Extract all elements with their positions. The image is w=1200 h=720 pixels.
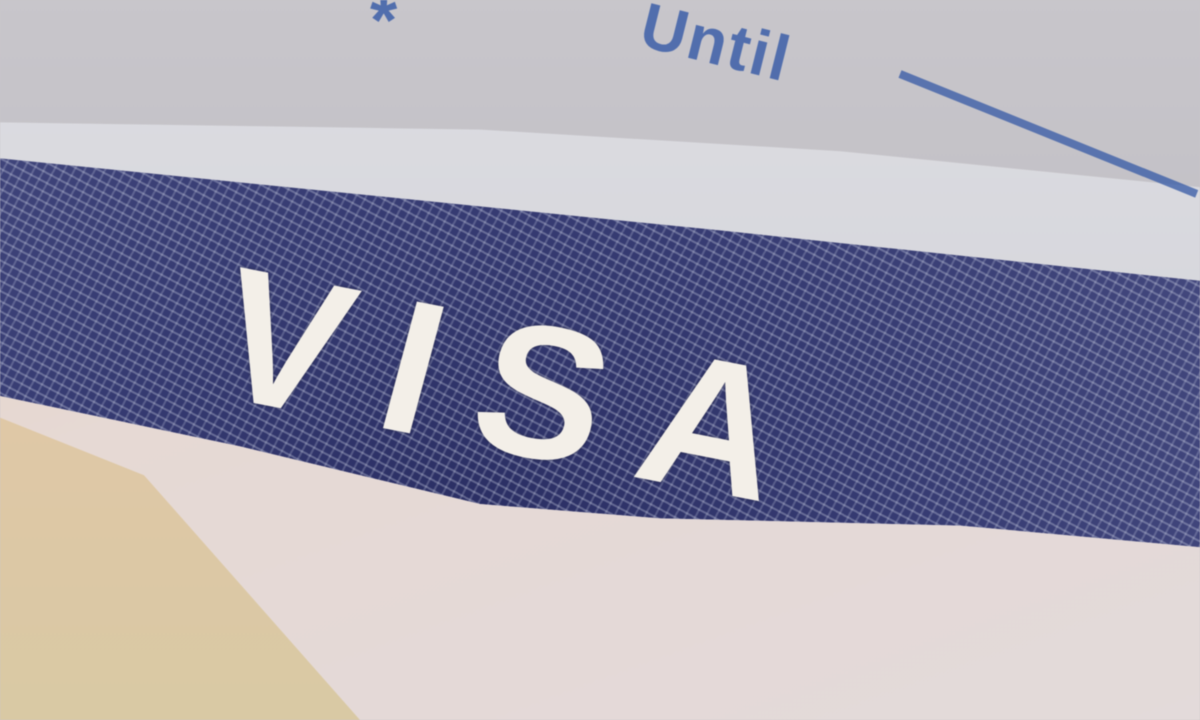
stamp-mark: * [370,0,399,60]
visa-photo: * Until VISA [0,0,1200,720]
